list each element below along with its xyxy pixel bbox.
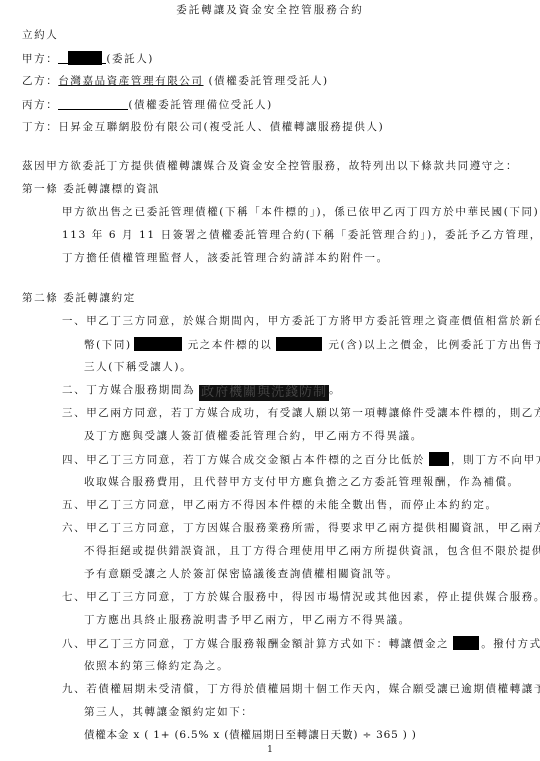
party-d-name: 日昇金互聯網股份有限公司: [58, 121, 203, 133]
article1-line1: 甲方欲出售之已委託管理債權(下稱「本件標的」)，係已依甲乙丙丁四方於中華民國(下…: [62, 205, 539, 219]
item7-line1: 七、甲乙丁三方同意，丁方於媒合服務中，得因市場情況或其他因素，停止提供媒合服務。: [62, 590, 540, 604]
party-b-name: 台灣嘉品資產管理有限公司: [58, 75, 203, 87]
item8-line2: 依照本約第三條約定為之。: [84, 659, 229, 673]
item8-line1: 八、甲乙丁三方同意，丁方媒合服務報酬金額計算方式如下：轉讓價金之。撥付方式: [62, 636, 540, 651]
item2-line: 二、丁方媒合服務期間為政府機關與洗錢防制。: [62, 383, 341, 401]
party-b-role: (債權委託管理受託人): [204, 75, 329, 87]
party-d-label: 丁方：: [22, 121, 58, 133]
item8-text-a: 八、甲乙丁三方同意，丁方媒合服務報酬金額計算方式如下：轉讓價金之: [62, 638, 449, 650]
item4-text-a: 四、甲乙丁三方同意，若丁方媒合成交金額占本件標的之百分比低於: [62, 454, 425, 466]
article2-heading: 第二條 委託轉讓約定: [22, 291, 136, 305]
item7-line2: 丁方應出具終止服務說明書予甲乙兩方，甲乙兩方不得異議。: [84, 613, 411, 627]
party-b-label: 乙方：: [22, 75, 58, 87]
item4-line1: 四、甲乙丁三方同意，若丁方媒合成交金額占本件標的之百分比低於，則丁方不向甲方: [62, 452, 540, 467]
item2-period-redaction: 政府機關與洗錢防制: [199, 385, 329, 401]
item2-end: 。: [329, 384, 341, 396]
item4-percent-redaction: [429, 452, 449, 466]
item4-text-b: ，則丁方不向甲方: [451, 454, 540, 466]
party-d: 丁方：日昇金互聯網股份有限公司(複受託人、債權轉讓服務提供人): [22, 120, 384, 134]
party-a-name-redaction: [68, 51, 102, 65]
item3-line2: 及丁方應與受讓人簽訂債權委託管理合約，甲乙兩方不得異議。: [84, 429, 423, 443]
party-c-role: (債權委託管理備位受託人): [128, 99, 273, 111]
party-d-role: (複受託人、債權轉讓服務提供人): [204, 121, 385, 133]
item8-text-b: 。撥付方式: [481, 638, 540, 650]
signatories-label: 立約人: [22, 28, 58, 42]
party-b: 乙方：台灣嘉品資產管理有限公司 (債權委託管理受託人): [22, 74, 329, 88]
item2-text: 二、丁方媒合服務期間為: [62, 384, 195, 396]
item9-line1: 九、若債權屆期未受清償，丁方得於債權屆期十個工作天內，媒合願受讓已逾期債權轉讓予: [62, 682, 540, 696]
item1-price-redaction: [276, 337, 322, 351]
item9-formula: 債權本金 x ( 1+ (6.5% x (債權屆期日至轉讓日天數) ÷ 365 …: [84, 728, 417, 742]
item1-line2: 幣(下同)元之本件標的以元(含)以上之價金，比例委託丁方出售予第: [84, 337, 540, 352]
item1-line3: 三人(下稱受讓人)。: [84, 360, 192, 374]
party-a-role: (委託人): [106, 53, 154, 65]
item1-text-a: 幣(下同): [84, 339, 132, 351]
party-a: 甲方：(委託人): [22, 51, 154, 66]
item6-line3: 予有意願受讓之人於簽訂保密協議後查詢債權相關資訊等。: [84, 567, 399, 581]
article1-heading: 第一條 委託轉讓標的資訊: [22, 182, 160, 196]
party-c-label: 丙方：: [22, 99, 58, 111]
article1-line3: 丁方擔任債權管理監督人，該委託管理合約請詳本約附件一。: [62, 251, 389, 265]
item9-line2: 第三人，其轉讓金額約定如下：: [84, 705, 253, 719]
article1-line2: 113 年 6 月 11 日簽署之債權委託管理合約(下稱「委託管理合約」)，委託…: [62, 228, 540, 242]
party-a-label: 甲方：: [22, 53, 58, 65]
item5-line1: 五、甲乙丁三方同意，甲乙兩方不得因本件標的未能全數出售，而停止本約約定。: [62, 498, 498, 512]
party-a-underline: [58, 51, 68, 64]
item1-text-c: 元(含)以上之價金，比例委託丁方出售予第: [328, 339, 540, 351]
item6-line1: 六、甲乙丁三方同意，丁方因媒合服務業務所需，得要求甲乙兩方提供相關資訊，甲乙兩方: [62, 521, 540, 535]
item3-line1: 三、甲乙兩方同意，若丁方媒合成功，有受讓人願以第一項轉讓條件受讓本件標的，則乙方: [62, 406, 540, 420]
item8-fee-redaction: [453, 636, 479, 650]
party-c: 丙方：(債權委託管理備位受託人): [22, 97, 273, 112]
preamble: 茲因甲方欲委託丁方提供債權轉讓媒合及資金安全控管服務，故特列出以下條款共同遵守之…: [22, 159, 518, 173]
party-c-name-blank: [58, 97, 128, 110]
document-title: 委託轉讓及資金安全控管服務合約: [0, 3, 540, 17]
item1-text-b: 元之本件標的以: [188, 339, 273, 351]
item6-line2: 不得拒絕或提供錯誤資訊，且丁方得合理使用甲乙兩方所提供資訊，包含但不限於提供: [84, 544, 540, 558]
item1-amount-redaction: [134, 337, 182, 351]
item1-line1: 一、甲乙丁三方同意，於媒合期間內，甲方委託丁方將甲方委託管理之資產價值相當於新台: [62, 314, 540, 328]
page-number: 1: [0, 745, 540, 755]
item4-line2: 收取媒合服務費用，且代替甲方支付甲方應負擔之乙方委託管理報酬，作為補償。: [84, 475, 520, 489]
